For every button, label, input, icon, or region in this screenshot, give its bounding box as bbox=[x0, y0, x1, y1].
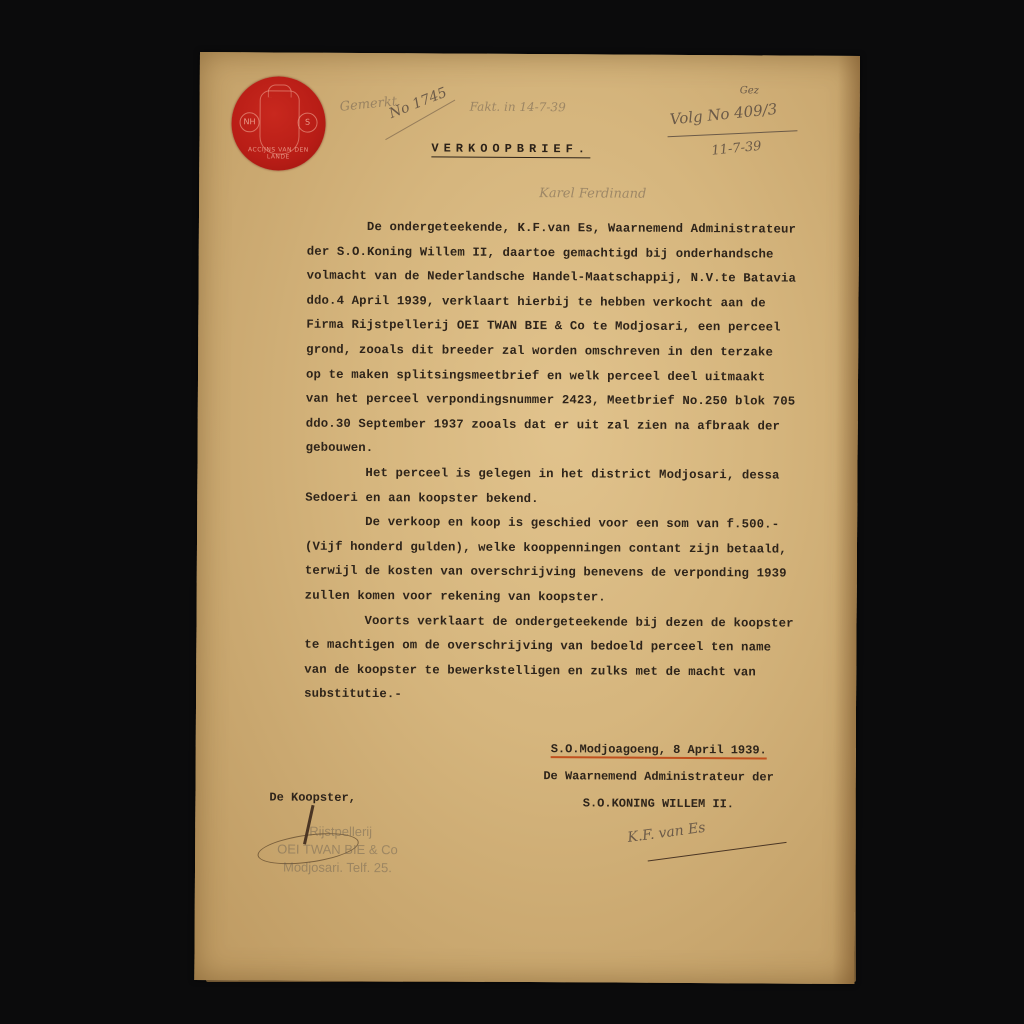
body-line: Sedoeri en aan koopster bekend. bbox=[305, 485, 825, 513]
annotation-date: 11-7-39 bbox=[711, 139, 762, 159]
signature-stroke bbox=[648, 842, 787, 862]
seal-text: ACCIJNS VAN DEN LANDE bbox=[239, 146, 317, 160]
body-line: der S.O.Koning Willem II, daartoe gemach… bbox=[307, 239, 827, 267]
body-line: (Vijf honderd gulden), welke kooppenning… bbox=[305, 534, 825, 562]
document-body: De ondergeteekende, K.F.van Es, Waarneme… bbox=[304, 215, 827, 710]
body-line: De ondergeteekende, K.F.van Es, Waarneme… bbox=[307, 215, 827, 243]
annotation-faktuur: Fakt. in 14-7-39 bbox=[470, 100, 566, 115]
place-date: S.O.Modjoagoeng, 8 April 1939. bbox=[524, 736, 794, 765]
seller-signature: K.F. van Es bbox=[627, 820, 707, 846]
stamp-line: Rijstpellerij bbox=[309, 823, 372, 840]
body-line: De verkoop en koop is geschied voor een … bbox=[305, 510, 825, 538]
seal-badge-left: NH bbox=[240, 112, 260, 132]
coat-of-arms-icon bbox=[259, 90, 299, 154]
body-line: te machtigen om de overschrijving van be… bbox=[304, 633, 824, 661]
body-line: van het perceel verpondingsnummer 2423, … bbox=[306, 387, 826, 415]
body-line: volmacht van de Nederlandsche Handel-Maa… bbox=[307, 264, 827, 292]
annotation-number: No 1745 bbox=[387, 85, 449, 122]
buyer-company-stamp: Rijstpellerij OEI TWAN BIE & Co Modjosar… bbox=[257, 820, 447, 891]
body-line: van de koopster te bewerkstelligen en zu… bbox=[304, 657, 824, 685]
signer-role: De Waarnemend Administrateur der bbox=[523, 763, 793, 792]
annotation-divider bbox=[668, 130, 798, 137]
annotation-name: Karel Ferdinand bbox=[539, 186, 646, 202]
body-line: Voorts verklaart de ondergeteekende bij … bbox=[304, 608, 824, 636]
document-title: VERKOOPBRIEF. bbox=[431, 141, 590, 158]
body-line: gebouwen. bbox=[306, 436, 826, 464]
body-line: Het perceel is gelegen in het district M… bbox=[305, 461, 825, 489]
body-line: terwijl de kosten van overschrijving ben… bbox=[305, 559, 825, 587]
seller-signature-block: S.O.Modjoagoeng, 8 April 1939. De Waarne… bbox=[523, 736, 793, 819]
body-line: Firma Rijstpellerij OEI TWAN BIE & Co te… bbox=[306, 313, 826, 341]
body-line: zullen komen voor rekening van koopster. bbox=[305, 584, 825, 612]
body-line: ddo.4 April 1939, verklaart hierbij te h… bbox=[306, 288, 826, 316]
body-line: substitutie.- bbox=[304, 682, 824, 710]
annotation-volgnummer: Volg No 409/3 bbox=[669, 100, 778, 129]
body-line: grond, zooals dit breeder zal worden oms… bbox=[306, 338, 826, 366]
body-line: op te maken splitsingsmeetbrief en welk … bbox=[306, 362, 826, 390]
annotation-gez: Gez bbox=[740, 85, 759, 96]
stamp-line: OEI TWAN BIE & Co bbox=[277, 840, 398, 858]
buyer-label: De Koopster, bbox=[269, 790, 356, 805]
red-seal-stamp: NH S ACCIJNS VAN DEN LANDE bbox=[231, 76, 326, 171]
body-line: ddo.30 September 1937 zooals dat er uit … bbox=[306, 411, 826, 439]
seal-badge-right: S bbox=[298, 113, 318, 133]
document-page: NH S ACCIJNS VAN DEN LANDE Gemerkt No 17… bbox=[194, 52, 860, 984]
stamp-line: Modjosari. Telf. 25. bbox=[283, 859, 392, 877]
signer-company: S.O.KONING WILLEM II. bbox=[523, 790, 793, 819]
